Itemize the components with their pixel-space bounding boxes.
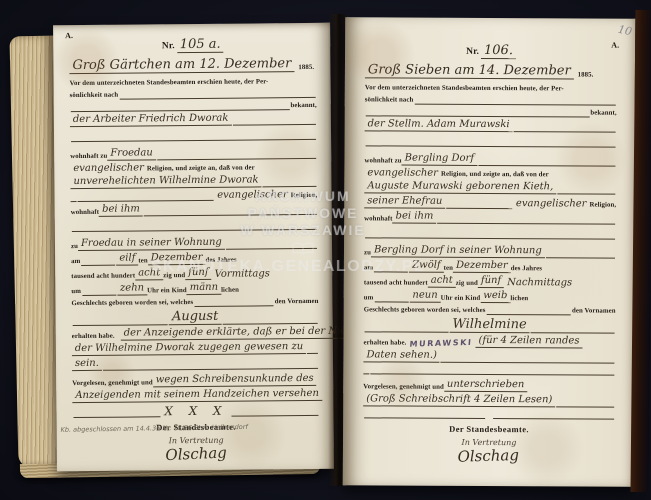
religion-value-1: evangelischer	[70, 163, 147, 174]
bei-value: bei ihm	[99, 204, 143, 216]
wohnhaft-bei-line: wohnhaft bei ihm	[364, 211, 616, 224]
mother-name: unverehelichten Wilhelmine Dworak	[70, 175, 261, 189]
place-date: Groß Gärtchen am 12. Dezember	[69, 57, 294, 74]
birth-place-value: Froedau in seiner Wohnung	[78, 238, 225, 251]
child-name-line: August	[72, 309, 319, 326]
birth-hour-line: um neun Uhr ein Kind weib lichen	[364, 290, 616, 303]
blank-rule	[226, 246, 317, 250]
zig-und-label: zig und	[456, 279, 478, 288]
blank-rule	[82, 293, 116, 296]
mother-extra: seiner Ehefrau	[364, 196, 445, 208]
intro-text-1: Vor dem unterzeichneten Standesbeamten e…	[365, 84, 564, 94]
place-date-line: Groß Gärtchen am 12. Dezember 1885.	[69, 57, 316, 74]
religion-line-2: evangelischer Religion,	[71, 190, 318, 202]
uhr-kind-label: Uhr ein Kind	[441, 294, 481, 303]
year-decade: acht	[428, 276, 456, 288]
blank-rule	[365, 235, 615, 239]
religion-zeigte-label: Religion, und zeigte an, daß von der	[147, 164, 255, 173]
blank-rule	[119, 95, 315, 100]
approval-line-2: Anzeigenden mit seinem Handzeichen verse…	[72, 389, 319, 403]
registrar-signature: Olschag	[455, 447, 523, 466]
blank-rule	[72, 227, 317, 232]
closing-line-2: der Wilhelmine Dworak zugegen gewesen zu	[72, 342, 319, 356]
tausend-label: tausend acht hundert	[364, 279, 428, 288]
zig-und-label: zig und	[163, 272, 185, 281]
child-name-line: Wilhelmine	[364, 317, 616, 333]
residence-value: Bergling Dorf	[402, 154, 477, 166]
ten-label: ten	[138, 257, 147, 266]
des-jahres-label: des Jahres	[511, 265, 542, 274]
blank-rule	[514, 129, 616, 133]
blank-rule	[364, 415, 485, 419]
birth-month: Dezember	[148, 253, 206, 266]
daytime-value: Nachmittags	[504, 278, 575, 288]
erhalten-label: erhalten habe.	[363, 339, 406, 348]
blank-rule	[486, 312, 571, 315]
blank-rule	[232, 122, 315, 126]
year: 1885.	[298, 63, 314, 72]
blank-rule	[365, 329, 449, 332]
blank-rule	[441, 360, 615, 364]
nr-value: 106.	[481, 44, 516, 59]
religion-line-1: evangelischer Religion, und zeigte an, d…	[364, 168, 616, 179]
handmarks-line	[363, 409, 615, 419]
gender-value: männ	[187, 283, 221, 295]
mother-line-1: unverehelichten Wilhelmine Dworak	[70, 175, 317, 189]
bekannt-line: bekannt,	[365, 107, 617, 117]
wohnhaft-bei-line: wohnhaft bei ihm	[71, 203, 318, 217]
blank-rule	[263, 184, 317, 187]
closing-text-3	[363, 372, 369, 374]
signature-line: Olschag	[363, 449, 615, 467]
wohnhaft-zu-label: wohnhaft zu	[70, 152, 107, 161]
mother-name: Auguste Murawski geborenen Kieth,	[364, 181, 556, 194]
birth-day-line: am Zwölf ten Dezember des Jahres	[364, 260, 616, 273]
registrar-title: Der Standesbeamte.	[449, 424, 529, 435]
blank-rule	[73, 322, 168, 326]
lichen-label: lichen	[510, 295, 528, 304]
religion-value-1: evangelischer	[364, 168, 441, 178]
declarant-line: der Stellm. Adam Murawski	[365, 119, 617, 132]
religion-line-2: seiner Ehefrau evangelischer Religion,	[364, 196, 616, 209]
register-page-left: A. Nr. 105 a. Groß Gärtchen am 12. Dezem…	[53, 23, 334, 471]
blank-rule	[194, 303, 274, 307]
blank-rule	[73, 414, 160, 418]
intro-line-2: sönlichkeit nach	[365, 95, 617, 105]
blank-rule	[531, 330, 615, 333]
blank-rule	[414, 102, 615, 106]
birth-place-line: zu Froedau in seiner Wohnung	[71, 237, 318, 251]
blank-rule	[71, 137, 316, 142]
blank-rule	[478, 163, 615, 167]
birth-hour: zehn	[117, 283, 147, 295]
place-date: Groß Sieben am 14. Dezember	[365, 63, 574, 79]
intro-line-2: sönlichkeit nach	[70, 89, 317, 100]
vornamen-label: den Vornamen	[572, 307, 616, 316]
birth-place-value: Bergling Dorf in seiner Wohnung	[371, 245, 545, 258]
child-name: Wilhelmine	[449, 318, 529, 333]
approval-line-2: (Groß Schreibschrift 4 Zeilen Lesen)	[363, 394, 615, 407]
residence-line: wohnhaft zu Bergling Dorf	[364, 153, 616, 166]
religion-value-2: evangelischer	[513, 199, 590, 209]
blank-rule	[78, 198, 214, 202]
declarant-line: der Arbeiter Friedrich Dworak	[70, 113, 317, 127]
birth-place-line: zu Bergling Dorf in seiner Wohnung	[364, 245, 616, 258]
erhalten-line: erhalten habe. der Anzeigende erklärte, …	[72, 327, 319, 341]
approval-text-1: wegen Schreibensunkunde des	[153, 374, 317, 387]
signature-line: Olschag	[73, 447, 320, 466]
vorgelesen-label: Vorgelesen, genehmigt und	[363, 383, 444, 392]
erhalten-label: erhalten habe.	[72, 332, 115, 341]
vorgelesen-line: Vorgelesen, genehmigt und unterschrieben	[363, 379, 615, 392]
wohnhaft-zu-label: wohnhaft zu	[364, 157, 401, 166]
zu-label: zu	[364, 249, 371, 258]
birth-day-line: am eilf ten Dezember des Jahres	[71, 252, 318, 266]
birth-month: Dezember	[453, 261, 511, 273]
registrar-signature: Olschag	[162, 445, 230, 465]
blank-line	[70, 131, 317, 142]
bekannt-line: bekannt,	[70, 101, 317, 112]
blank-rule	[157, 156, 316, 160]
nr-label: Nr.	[466, 47, 479, 59]
mother-extra	[71, 200, 77, 202]
blank-rule	[307, 351, 318, 354]
residence-line: wohnhaft zu Froedau	[70, 147, 317, 161]
intro-line-1: Vor dem unterzeichneten Standesbeamten e…	[365, 83, 617, 93]
registrar-title-line: Der Standesbeamte.	[363, 423, 615, 435]
blank-rule	[366, 113, 590, 117]
blank-rule	[446, 206, 512, 209]
nr-label: Nr.	[162, 41, 175, 53]
birth-hour-line: um zehn Uhr ein Kind männ lichen	[71, 282, 318, 296]
vornamen-label: den Vornamen	[275, 297, 319, 306]
declarant-name: der Arbeiter Friedrich Dworak	[70, 114, 232, 127]
blank-rule	[366, 143, 616, 147]
closing-line-3: sein.	[72, 357, 319, 371]
lichen-label: lichen	[221, 286, 239, 295]
residence-value: Froedau	[107, 148, 156, 160]
birth-year-line: tausend acht hundert acht zig und fünf N…	[364, 275, 616, 288]
vorgelesen-line: Vorgelesen, genehmigt und wegen Schreibe…	[72, 374, 319, 388]
bekannt-label: bekannt,	[590, 109, 616, 118]
closing-text-3: sein.	[72, 359, 102, 371]
register-page-right: A. Nr. 106. Groß Sieben am 14. Dezember …	[343, 17, 635, 487]
daytime-value: Vormittags	[212, 269, 273, 280]
geschlechts-line: Geschlechts geboren worden sei, welches …	[364, 305, 616, 315]
child-name: August	[169, 310, 221, 325]
ten-label: ten	[444, 264, 453, 273]
uhr-kind-label: Uhr ein Kind	[147, 287, 187, 296]
birth-day: Zwölf	[409, 261, 443, 273]
blank-rule	[103, 366, 318, 371]
birth-hour: neun	[409, 291, 440, 303]
blank-line	[71, 221, 318, 232]
blank-rule	[81, 263, 115, 266]
pencil-page-number: 10	[617, 23, 633, 39]
intro-text-1: Vor dem unterzeichneten Standesbeamten e…	[70, 78, 269, 88]
blank-rule	[437, 221, 615, 225]
blank-rule	[232, 413, 319, 417]
birth-day: eilf	[116, 253, 138, 265]
record-number-line: Nr. 106.	[365, 43, 617, 59]
blank-rule	[71, 107, 290, 112]
bei-value: bei ihm	[393, 211, 437, 223]
year-unit: fünf	[185, 268, 211, 280]
handmark-crosses: X X X	[161, 405, 230, 418]
blank-rule	[556, 404, 614, 407]
intro-line-1: Vor dem unterzeichneten Standesbeamten e…	[70, 77, 317, 88]
am-label: am	[71, 258, 80, 267]
closing-line-2: Daten sehen.)	[363, 350, 615, 363]
mother-line-1: Auguste Murawski geborenen Kieth,	[364, 181, 616, 194]
place-date-line: Groß Sieben am 14. Dezember 1885.	[365, 63, 617, 79]
approval-text-1: unterschrieben	[444, 380, 527, 392]
vorgelesen-label: Vorgelesen, genehmigt und	[72, 379, 153, 388]
geschlechts-line: Geschlechts geboren worden sei, welches …	[71, 297, 318, 308]
blank-rule	[144, 212, 317, 217]
am-label: am	[364, 264, 373, 273]
closing-text-2: Daten sehen.)	[363, 350, 440, 362]
blank-rule	[557, 191, 615, 194]
religion-zeigte-label: Religion, und zeigte an, daß von der	[441, 170, 549, 179]
form-corner-mark: A.	[65, 31, 73, 40]
religion-label: Religion,	[291, 191, 318, 200]
form-corner-mark: A.	[611, 41, 619, 50]
religion-label: Religion,	[589, 201, 616, 210]
intro-text-2: sönlichkeit nach	[70, 91, 119, 100]
geschlechts-label: Geschlechts geboren worden sei, welches	[364, 306, 486, 315]
declarant-name: der Stellm. Adam Murawski	[365, 119, 513, 132]
geschlechts-label: Geschlechts geboren worden sei, welches	[71, 299, 193, 309]
closing-text-2: der Wilhelmine Dworak zugegen gewesen zu	[72, 342, 306, 356]
handmarks-line: X X X	[72, 404, 319, 418]
blank-rule	[374, 299, 408, 302]
approval-text-2: Anzeigenden mit seinem Handzeichen verse…	[72, 389, 322, 403]
surname-stamp: MURAWSKI	[409, 338, 473, 349]
year: 1885.	[578, 71, 594, 80]
year-decade: acht	[135, 268, 163, 280]
blank-rule	[370, 371, 614, 375]
um-label: um	[364, 294, 374, 303]
um-label: um	[71, 287, 81, 296]
erhalten-line: erhalten habe. MURAWSKI (für 4 Zeilen ra…	[363, 335, 615, 348]
record-number-line: Nr. 105 a.	[69, 37, 316, 54]
blank-rule	[222, 321, 317, 325]
approval-text-2: (Groß Schreibschrift 4 Zeilen Lesen)	[363, 394, 555, 407]
tausend-label: tausend acht hundert	[71, 272, 135, 281]
wohnhaft-label: wohnhaft	[71, 208, 99, 217]
blank-rule	[374, 269, 408, 272]
closing-line-3	[363, 365, 615, 375]
birth-year-line: tausend acht hundert acht zig und fünf V…	[71, 267, 318, 281]
nr-value: 105 a.	[177, 38, 224, 53]
blank-line	[365, 137, 617, 147]
religion-value-2: evangelischer	[214, 190, 291, 201]
religion-line-1: evangelischer Religion, und zeigte an, d…	[70, 162, 317, 174]
scanned-register-photo: A. Nr. 105 a. Groß Gärtchen am 12. Dezem…	[0, 0, 651, 500]
year-unit: fünf	[478, 276, 504, 288]
blank-line	[364, 229, 616, 239]
des-jahres-label: des Jahres	[205, 256, 236, 265]
blank-rule	[546, 255, 615, 258]
gender-value: weib	[480, 291, 510, 303]
vertretung-line: In Vertretung	[363, 437, 615, 447]
intro-text-2: sönlichkeit nach	[365, 96, 414, 105]
closing-text-1: (für 4 Zeilen randes	[475, 336, 582, 349]
blank-rule	[493, 416, 614, 420]
wohnhaft-label: wohnhaft	[364, 215, 392, 224]
bekannt-label: bekannt,	[290, 101, 316, 110]
